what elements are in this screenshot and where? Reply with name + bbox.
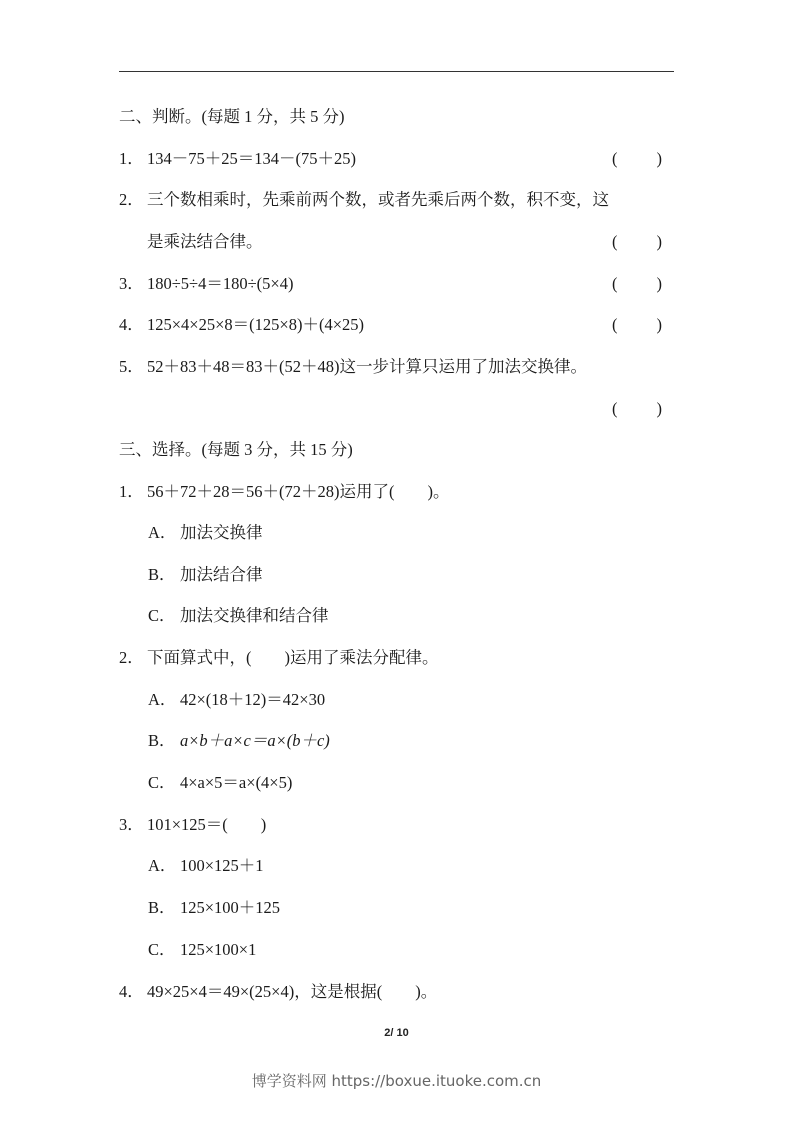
answer-blank-4[interactable]: () bbox=[612, 315, 662, 335]
answer-blank-1[interactable]: () bbox=[612, 149, 662, 169]
item-number: 2． bbox=[119, 190, 147, 210]
question-text: 56＋72＋28＝56＋(72＋28)运用了( )。 bbox=[147, 482, 449, 501]
option-2c[interactable]: C．4×a×5＝a×(4×5) bbox=[148, 773, 292, 793]
item-text: 180÷5÷4＝180÷(5×4) bbox=[147, 274, 293, 293]
choice-question-4: 4．49×25×4＝49×(25×4)，这是根据( )。 bbox=[119, 982, 437, 1002]
section-2-heading: 二、判断。(每题 1 分，共 5 分) bbox=[119, 107, 345, 127]
question-number: 1． bbox=[119, 482, 147, 502]
item-number: 4． bbox=[119, 315, 147, 335]
footer-watermark: 博学资料网 https://boxue.ituoke.com.cn bbox=[0, 1070, 793, 1091]
judge-item-2-cont: 是乘法结合律。 bbox=[147, 232, 263, 252]
item-number: 5． bbox=[119, 357, 147, 377]
section-3-heading: 三、选择。(每题 3 分，共 15 分) bbox=[119, 440, 353, 460]
question-text: 下面算式中，( )运用了乘法分配律。 bbox=[147, 648, 439, 667]
option-3a[interactable]: A．100×125＋1 bbox=[148, 856, 264, 876]
judge-item-5: 5．52＋83＋48＝83＋(52＋48)这一步计算只运用了加法交换律。 bbox=[119, 357, 587, 377]
answer-blank-3[interactable]: () bbox=[612, 274, 662, 294]
page-indicator: 2/ 10 bbox=[0, 1027, 793, 1039]
question-number: 2． bbox=[119, 648, 147, 668]
judge-item-3: 3．180÷5÷4＝180÷(5×4) bbox=[119, 274, 293, 294]
item-text: 134－75＋25＝134－(75＋25) bbox=[147, 149, 356, 168]
item-number: 1． bbox=[119, 149, 147, 169]
choice-question-3: 3．101×125＝( ) bbox=[119, 815, 266, 835]
item-text: 52＋83＋48＝83＋(52＋48)这一步计算只运用了加法交换律。 bbox=[147, 357, 587, 376]
choice-question-2: 2．下面算式中，( )运用了乘法分配律。 bbox=[119, 648, 439, 668]
option-1b[interactable]: B．加法结合律 bbox=[148, 565, 263, 585]
judge-item-4: 4．125×4×25×8＝(125×8)＋(4×25) bbox=[119, 315, 364, 335]
option-2b[interactable]: B．a×b＋a×c＝a×(b＋c) bbox=[148, 731, 330, 751]
option-3b[interactable]: B．125×100＋125 bbox=[148, 898, 280, 918]
item-text: 三个数相乘时，先乘前两个数，或者先乘后两个数，积不变，这 bbox=[147, 190, 609, 209]
question-number: 3． bbox=[119, 815, 147, 835]
judge-item-1: 1．134－75＋25＝134－(75＋25) bbox=[119, 149, 356, 169]
option-1c[interactable]: C．加法交换律和结合律 bbox=[148, 606, 329, 626]
question-text: 101×125＝( ) bbox=[147, 815, 266, 834]
header-rule bbox=[119, 71, 674, 72]
question-number: 4． bbox=[119, 982, 147, 1002]
answer-blank-2[interactable]: () bbox=[612, 232, 662, 252]
question-text: 49×25×4＝49×(25×4)，这是根据( )。 bbox=[147, 982, 437, 1001]
option-1a[interactable]: A．加法交换律 bbox=[148, 523, 263, 543]
answer-blank-5[interactable]: () bbox=[612, 399, 662, 419]
option-2a[interactable]: A．42×(18＋12)＝42×30 bbox=[148, 690, 325, 710]
item-number: 3． bbox=[119, 274, 147, 294]
option-3c[interactable]: C．125×100×1 bbox=[148, 940, 256, 960]
judge-item-2: 2．三个数相乘时，先乘前两个数，或者先乘后两个数，积不变，这 bbox=[119, 190, 609, 210]
choice-question-1: 1．56＋72＋28＝56＋(72＋28)运用了( )。 bbox=[119, 482, 449, 502]
item-text: 125×4×25×8＝(125×8)＋(4×25) bbox=[147, 315, 364, 334]
